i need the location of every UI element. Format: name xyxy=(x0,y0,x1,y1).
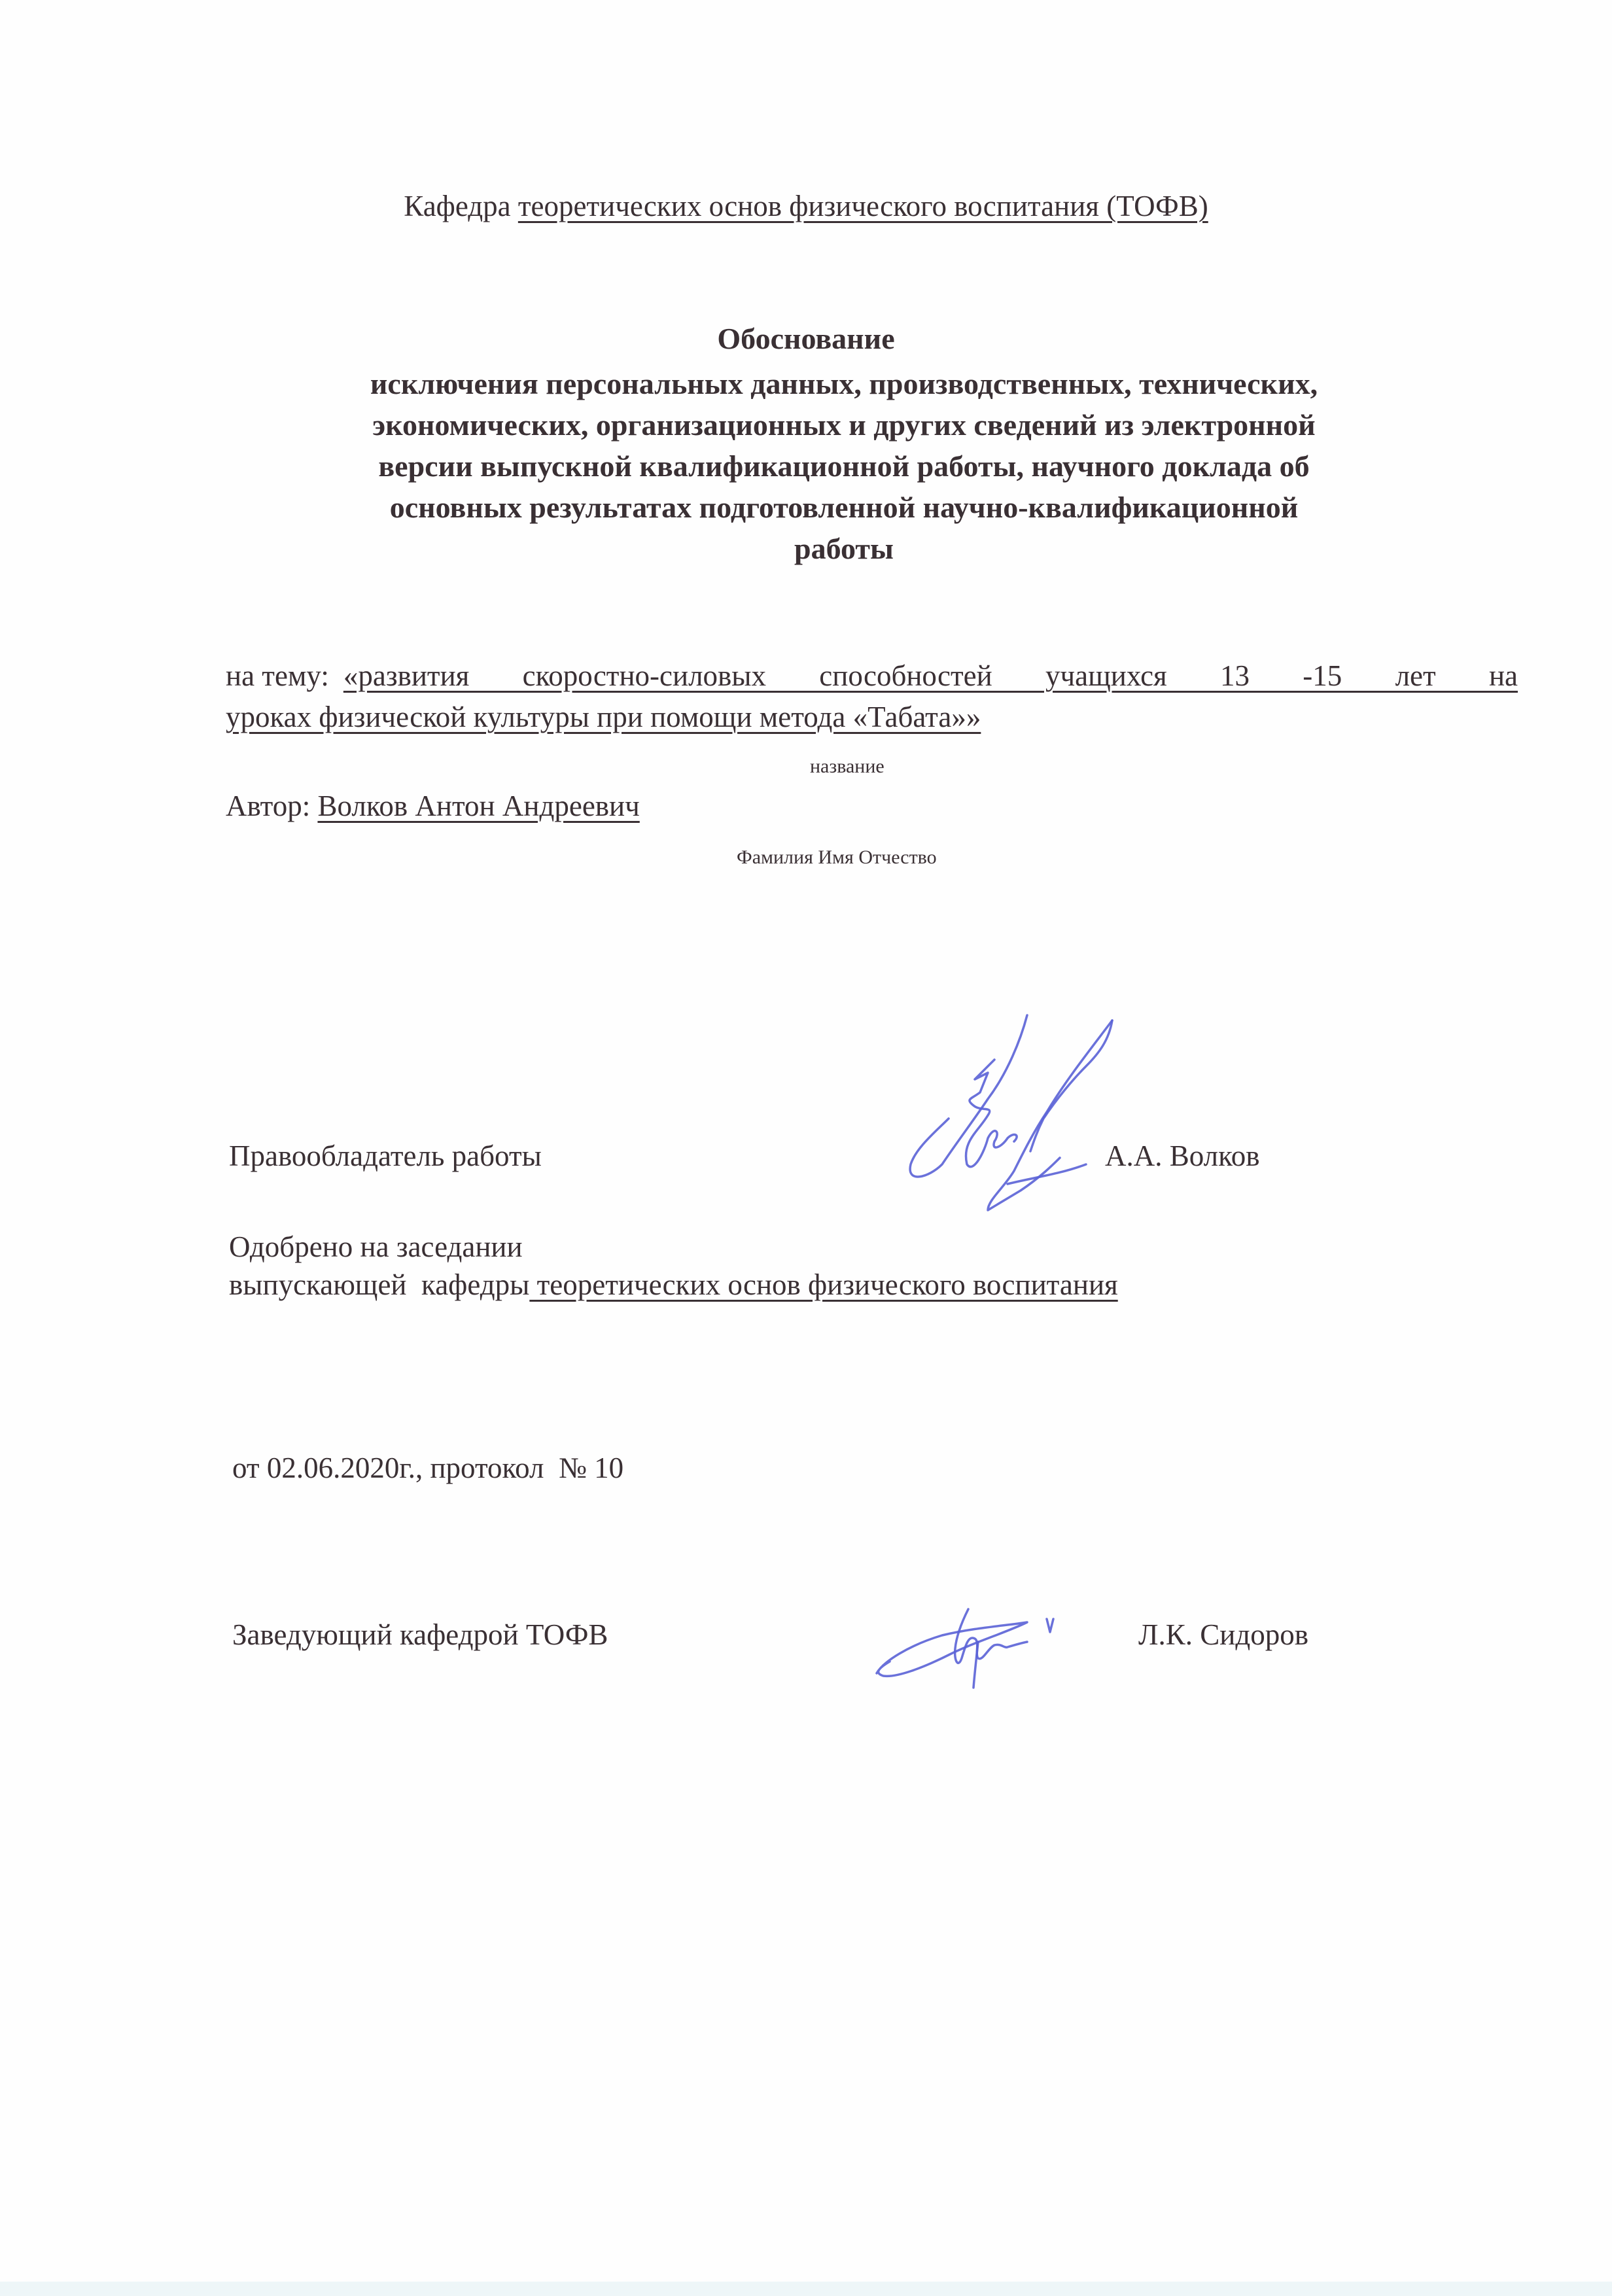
head-of-department-label: Заведующий кафедрой ТОФВ xyxy=(232,1616,608,1653)
topic-label: на тему: xyxy=(226,657,329,694)
title-line: основных результатах подготовленной науч… xyxy=(216,487,1472,528)
topic-line-1: на тему: «развития скоростно-силовых спо… xyxy=(226,657,1518,694)
scanned-document-page: Кафедра теоретических основ физического … xyxy=(0,0,1612,2296)
title-line: экономических, организационных и других … xyxy=(216,404,1472,445)
rights-holder-name: А.А. Волков xyxy=(1105,1138,1259,1174)
approval-department-name: теоретических основ физического воспитан… xyxy=(529,1268,1117,1301)
author-line: Автор: Волков Антон Андреевич xyxy=(226,788,640,824)
author-label: Автор: xyxy=(226,790,310,822)
title-line: исключения персональных данных, производ… xyxy=(216,363,1472,404)
approval-department-prefix: выпускающей кафедры xyxy=(229,1268,529,1301)
topic-caption: название xyxy=(810,754,885,779)
title-line: версии выпускной квалификационной работы… xyxy=(216,445,1472,487)
rights-holder-signature-icon xyxy=(896,1001,1145,1223)
title-line: работы xyxy=(216,528,1472,569)
document-title: исключения персональных данных, производ… xyxy=(216,363,1472,569)
head-of-department-signature-icon xyxy=(870,1596,1106,1694)
rights-holder-label: Правообладатель работы xyxy=(229,1138,542,1174)
department-header: Кафедра теоретических основ физического … xyxy=(0,188,1612,224)
department-name: теоретических основ физического воспитан… xyxy=(518,190,1208,222)
topic-title-part-1: «развития скоростно-силовых способностей… xyxy=(343,657,1518,694)
approval-date-protocol: от 02.06.2020г., протокол № 10 xyxy=(232,1450,623,1486)
head-of-department-name: Л.К. Сидоров xyxy=(1138,1616,1308,1653)
department-prefix: Кафедра xyxy=(404,190,510,222)
scan-edge xyxy=(0,2282,1612,2296)
author-caption: Фамилия Имя Отчество xyxy=(737,845,937,870)
approval-line-2: выпускающей кафедры теоретических основ … xyxy=(229,1266,1118,1303)
author-name: Волков Антон Андреевич xyxy=(317,790,639,822)
approval-line-1: Одобрено на заседании xyxy=(229,1228,523,1265)
document-heading: Обоснование xyxy=(0,321,1612,357)
topic-title-part-2: уроках физической культуры при помощи ме… xyxy=(226,699,981,735)
